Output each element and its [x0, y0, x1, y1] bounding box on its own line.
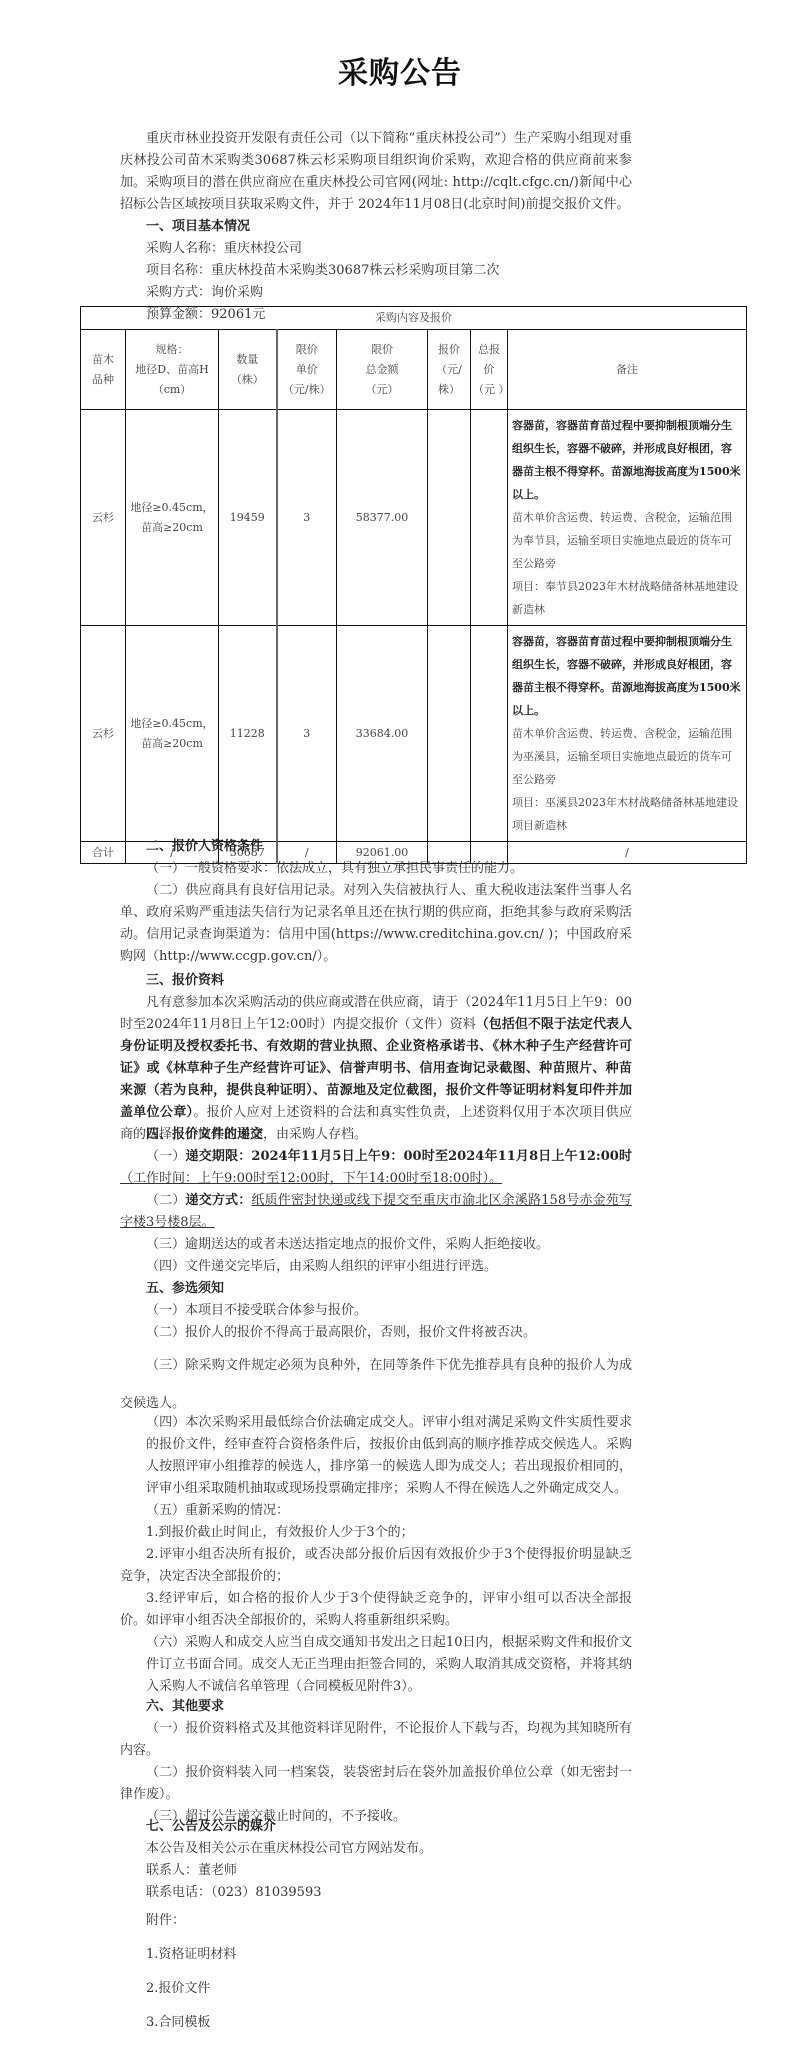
section-2-item-1: （一）一般资格要求：依法成立，具有独立承担民事责任的能力。: [120, 858, 632, 880]
cell-spec: 地径≥0.45cm，苗高≥20cm: [126, 626, 219, 842]
section-5-item-5: （五）重新采购的情况：: [146, 1500, 289, 1522]
submission-method-label: 递交方式：: [186, 1193, 252, 1208]
item-label: （一）: [146, 1149, 186, 1164]
publication-media: 本公告及相关公示在重庆林投公司官方网站发布。: [146, 1838, 432, 1860]
contact-phone: 联系电话：（023）81039593: [146, 1882, 321, 1904]
remark-pricing: 苗木单价含运费、转运费、含税金，运输范围为奉节县，运输至项目实施地点最近的货车可…: [512, 511, 732, 570]
remark-requirements: 容器苗，容器苗育苗过程中要抑制根顶端分生组织生长，容器不破碎，并形成良好根团，容…: [512, 635, 741, 717]
cell-total-limit: 33684.00: [337, 626, 428, 842]
section-5-item-6: （六）采购人和成交人应当自成交通知书发出之日起10日内，根据采购文件和报价文件订…: [146, 1632, 632, 1698]
section-7-heading: 七、公告及公示的媒介: [146, 1816, 276, 1838]
cell-variety: 云杉: [81, 410, 126, 626]
cell-remark: 容器苗，容器苗育苗过程中要抑制根顶端分生组织生长，容器不破碎，并形成良好根团，容…: [508, 626, 747, 842]
table-row: 云杉 地径≥0.45cm，苗高≥20cm 19459 3 58377.00 容器…: [81, 410, 747, 626]
header-spec: 规格：地径D、苗高H（cm）: [126, 330, 219, 410]
header-quote: 报价（元/株）: [428, 330, 471, 410]
header-unit-limit: 限价单价（元/株）: [277, 330, 337, 410]
section-2-heading: 二、报价人资格条件: [146, 836, 263, 858]
submission-deadline: 递交期限：2024年11月5日上午9：00时至2024年11月8日上午12:00…: [186, 1149, 632, 1164]
table-caption: 采购内容及报价: [81, 307, 747, 330]
cell-total-quote[interactable]: [471, 410, 508, 626]
total-label: 合计: [81, 842, 126, 864]
cell-quantity: 19459: [219, 410, 277, 626]
section-4-item-4: （四）文件递交完毕后，由采购人组织的评审小组进行评选。: [120, 1256, 632, 1278]
item-label: （二）: [146, 1193, 186, 1208]
cell-spec: 地径≥0.45cm，苗高≥20cm: [126, 410, 219, 626]
section-5-item-5-2: 2.评审小组否决所有报价，或否决部分报价后因有效报价少于3个使得报价明显缺乏竞争…: [120, 1544, 632, 1588]
working-hours: （工作时间：上午9:00时至12:00时，下午14:00时至18:00时）。: [120, 1171, 502, 1186]
attachment-item[interactable]: 2.报价文件: [146, 1978, 210, 2000]
remark-pricing: 苗木单价含运费、转运费、含税金，运输范围为巫溪县，运输至项目实施地点最近的货车可…: [512, 727, 732, 786]
section-5-item-4: （四）本次采购采用最低综合价法确定成交人。评审小组对满足采购文件实质性要求的报价…: [146, 1412, 632, 1500]
cell-variety: 云杉: [81, 626, 126, 842]
table-header-row: 苗木品种 规格：地径D、苗高H（cm） 数量（株） 限价单价（元/株） 限价总金…: [81, 330, 747, 410]
attachment-item[interactable]: 3.合同模板: [146, 2012, 210, 2034]
cell-unit-limit: 3: [277, 626, 337, 842]
section-4-item-2: （二）递交方式：纸质件密封快递或线下提交至重庆市渝北区余溪路158号赤金苑写字楼…: [120, 1190, 632, 1234]
section-6-item-1: （一）报价资料格式及其他资料详见附件，不论报价人下载与否，均视为其知晓所有内容。: [120, 1718, 632, 1762]
section-4-item-1: （一）递交期限：2024年11月5日上午9：00时至2024年11月8日上午12…: [120, 1146, 632, 1190]
procurement-method: 采购方式：询价采购: [146, 282, 263, 304]
cell-total-quote[interactable]: [471, 626, 508, 842]
header-variety: 苗木品种: [81, 330, 126, 410]
section-5-item-1: （一）本项目不接受联合体参与报价。: [120, 1300, 632, 1322]
header-quantity: 数量（株）: [219, 330, 277, 410]
header-total-quote: 总报价（元 ）: [471, 330, 508, 410]
cell-total-limit: 58377.00: [337, 410, 428, 626]
attachments-label: 附件：: [146, 1910, 185, 1932]
project-name: 项目名称：重庆林投苗木采购类30687株云杉采购项目第二次: [146, 260, 499, 282]
section-4-heading: 四、报价文件的递交: [146, 1124, 263, 1146]
purchaser-name: 采购人名称：重庆林投公司: [146, 238, 302, 260]
section-5-item-5-3: 3.经评审后，如合格的报价人少于3个使得缺乏竞争的，评审小组可以否决全部报价。如…: [120, 1588, 632, 1632]
section-5-item-5-1: 1.到报价截止时间止，有效报价人少于3个的；: [146, 1522, 414, 1544]
section-5-heading: 五、参选须知: [146, 1278, 224, 1300]
section-3-heading: 三、报价资料: [146, 970, 224, 992]
section-1-heading: 一、项目基本情况: [146, 216, 250, 238]
intro-paragraph-2: 采购项目的潜在供应商应在重庆林投公司官网(网址: http://cqlt.cfg…: [120, 172, 632, 216]
table-row: 云杉 地径≥0.45cm，苗高≥20cm 11228 3 33684.00 容器…: [81, 626, 747, 842]
section-4-item-3: （三）逾期送达的或者未送达指定地点的报价文件，采购人拒绝接收。: [120, 1234, 632, 1256]
attachment-item[interactable]: 1.资格证明材料: [146, 1944, 236, 1966]
section-3-body: 凡有意参加本次采购活动的供应商或潜在供应商，请于（2024年11月5日上午9：0…: [120, 992, 632, 1146]
section-6-item-2: （二）报价资料装入同一档案袋，装袋密封后在袋外加盖报价单位公章（如无密封一律作废…: [120, 1762, 632, 1806]
contact-person: 联系人：董老师: [146, 1860, 237, 1882]
section-5-item-2: （二）报价人的报价不得高于最高限价，否则，报价文件将被否决。: [120, 1322, 632, 1344]
remark-requirements: 容器苗，容器苗育苗过程中要抑制根顶端分生组织生长，容器不破碎，并形成良好根团，容…: [512, 419, 741, 501]
procurement-table: 采购内容及报价 苗木品种 规格：地径D、苗高H（cm） 数量（株） 限价单价（元…: [80, 306, 747, 864]
cell-quote[interactable]: [428, 410, 471, 626]
header-remark: 备注: [508, 330, 747, 410]
section-6-heading: 六、其他要求: [146, 1696, 224, 1718]
remark-project: 项目：奉节县2023年木材战略储备林基地建设新造林: [512, 580, 738, 616]
cell-unit-limit: 3: [277, 410, 337, 626]
page-title: 采购公告: [0, 48, 800, 92]
remark-project: 项目：巫溪县2023年木材战略储备林基地建设项目新造林: [512, 796, 738, 832]
cell-quote[interactable]: [428, 626, 471, 842]
cell-quantity: 11228: [219, 626, 277, 842]
cell-remark: 容器苗，容器苗育苗过程中要抑制根顶端分生组织生长，容器不破碎，并形成良好根团，容…: [508, 410, 747, 626]
header-total-limit: 限价总金额（元）: [337, 330, 428, 410]
section-2-item-2: （二）供应商具有良好信用记录。对列入失信被执行人、重大税收违法案件当事人名单、政…: [120, 880, 632, 968]
